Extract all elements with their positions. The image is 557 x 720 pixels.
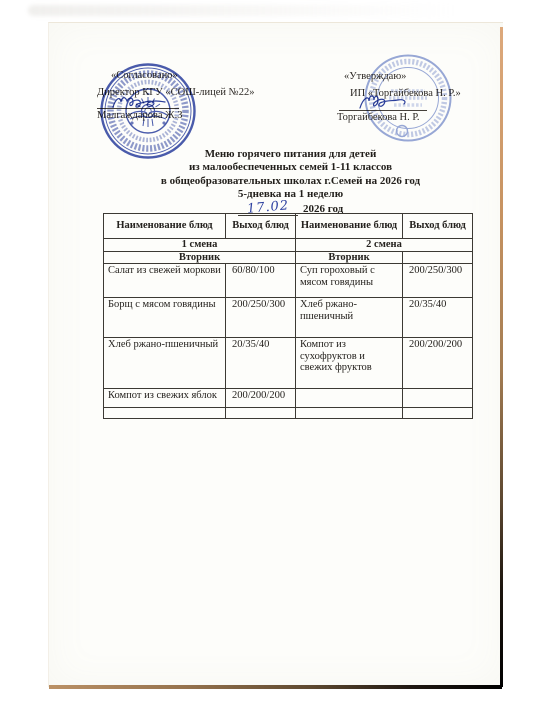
table-row: Салат из свежей моркови 60/80/100 Суп го… <box>104 264 473 298</box>
portion-cell: 200/250/300 <box>226 298 296 338</box>
shift-row: 1 смена 2 смена <box>104 239 473 252</box>
dish-cell <box>104 408 226 419</box>
table-header-row: Наименование блюд Выход блюд Наименовани… <box>104 214 473 239</box>
dish-cell: Хлеб ржано-пшеничный <box>296 298 403 338</box>
portion-cell: 20/35/40 <box>403 298 473 338</box>
scanned-menu-document: «Согласовано» Директор КГУ «СОШ-лицей №2… <box>0 0 557 720</box>
portion-cell: 60/80/100 <box>226 264 296 298</box>
title-line-1: Меню горячего питания для детей <box>63 148 518 161</box>
menu-table: Наименование блюд Выход блюд Наименовани… <box>103 213 473 419</box>
title-line-3: в общеобразовательных школах г.Семей на … <box>63 175 518 188</box>
portion-cell <box>403 408 473 419</box>
table-row <box>104 408 473 419</box>
dish-cell: Суп гороховый с мясом говядины <box>296 264 403 298</box>
header-dish-1: Наименование блюд <box>104 214 226 239</box>
day-row: Вторник Вторник <box>104 251 473 264</box>
dish-cell: Хлеб ржано-пшеничный <box>104 338 226 389</box>
paper-edge-right <box>500 27 503 687</box>
portion-cell: 200/250/300 <box>403 264 473 298</box>
shift-1: 1 смена <box>104 239 296 252</box>
day-1: Вторник <box>104 251 296 264</box>
dish-cell: Компот из свежих яблок <box>104 389 226 408</box>
title-line-2: из малообеспеченных семей 1-11 классов <box>63 161 518 174</box>
dish-cell: Компот из сухофруктов и свежих фруктов <box>296 338 403 389</box>
title-line-4: 5-дневка на 1 неделю <box>63 188 518 201</box>
dish-cell <box>296 408 403 419</box>
portion-cell <box>226 408 296 419</box>
paper-edge-bottom <box>49 685 502 689</box>
menu-table-container: Наименование блюд Выход блюд Наименовани… <box>103 213 473 419</box>
scan-artifact-streak <box>28 5 478 16</box>
school-seal-stamp-icon <box>98 61 198 161</box>
header-dish-2: Наименование блюд <box>296 214 403 239</box>
table-row: Хлеб ржано-пшеничный 20/35/40 Компот из … <box>104 338 473 389</box>
dish-cell: Салат из свежей моркови <box>104 264 226 298</box>
document-title: Меню горячего питания для детей из малоо… <box>63 148 518 216</box>
ip-seal-stamp-icon <box>364 54 452 142</box>
portion-cell: 200/200/200 <box>403 338 473 389</box>
table-row: Борщ с мясом говядины 200/250/300 Хлеб р… <box>104 298 473 338</box>
portion-cell: 20/35/40 <box>226 338 296 389</box>
header-out-1: Выход блюд <box>226 214 296 239</box>
header-out-2: Выход блюд <box>403 214 473 239</box>
table-row: Компот из свежих яблок 200/200/200 <box>104 389 473 408</box>
dish-cell: Борщ с мясом говядины <box>104 298 226 338</box>
portion-cell <box>403 389 473 408</box>
shift-2: 2 смена <box>296 239 473 252</box>
dish-cell <box>296 389 403 408</box>
portion-cell: 200/200/200 <box>226 389 296 408</box>
day-2: Вторник <box>296 251 403 264</box>
day-2-empty <box>403 251 473 264</box>
